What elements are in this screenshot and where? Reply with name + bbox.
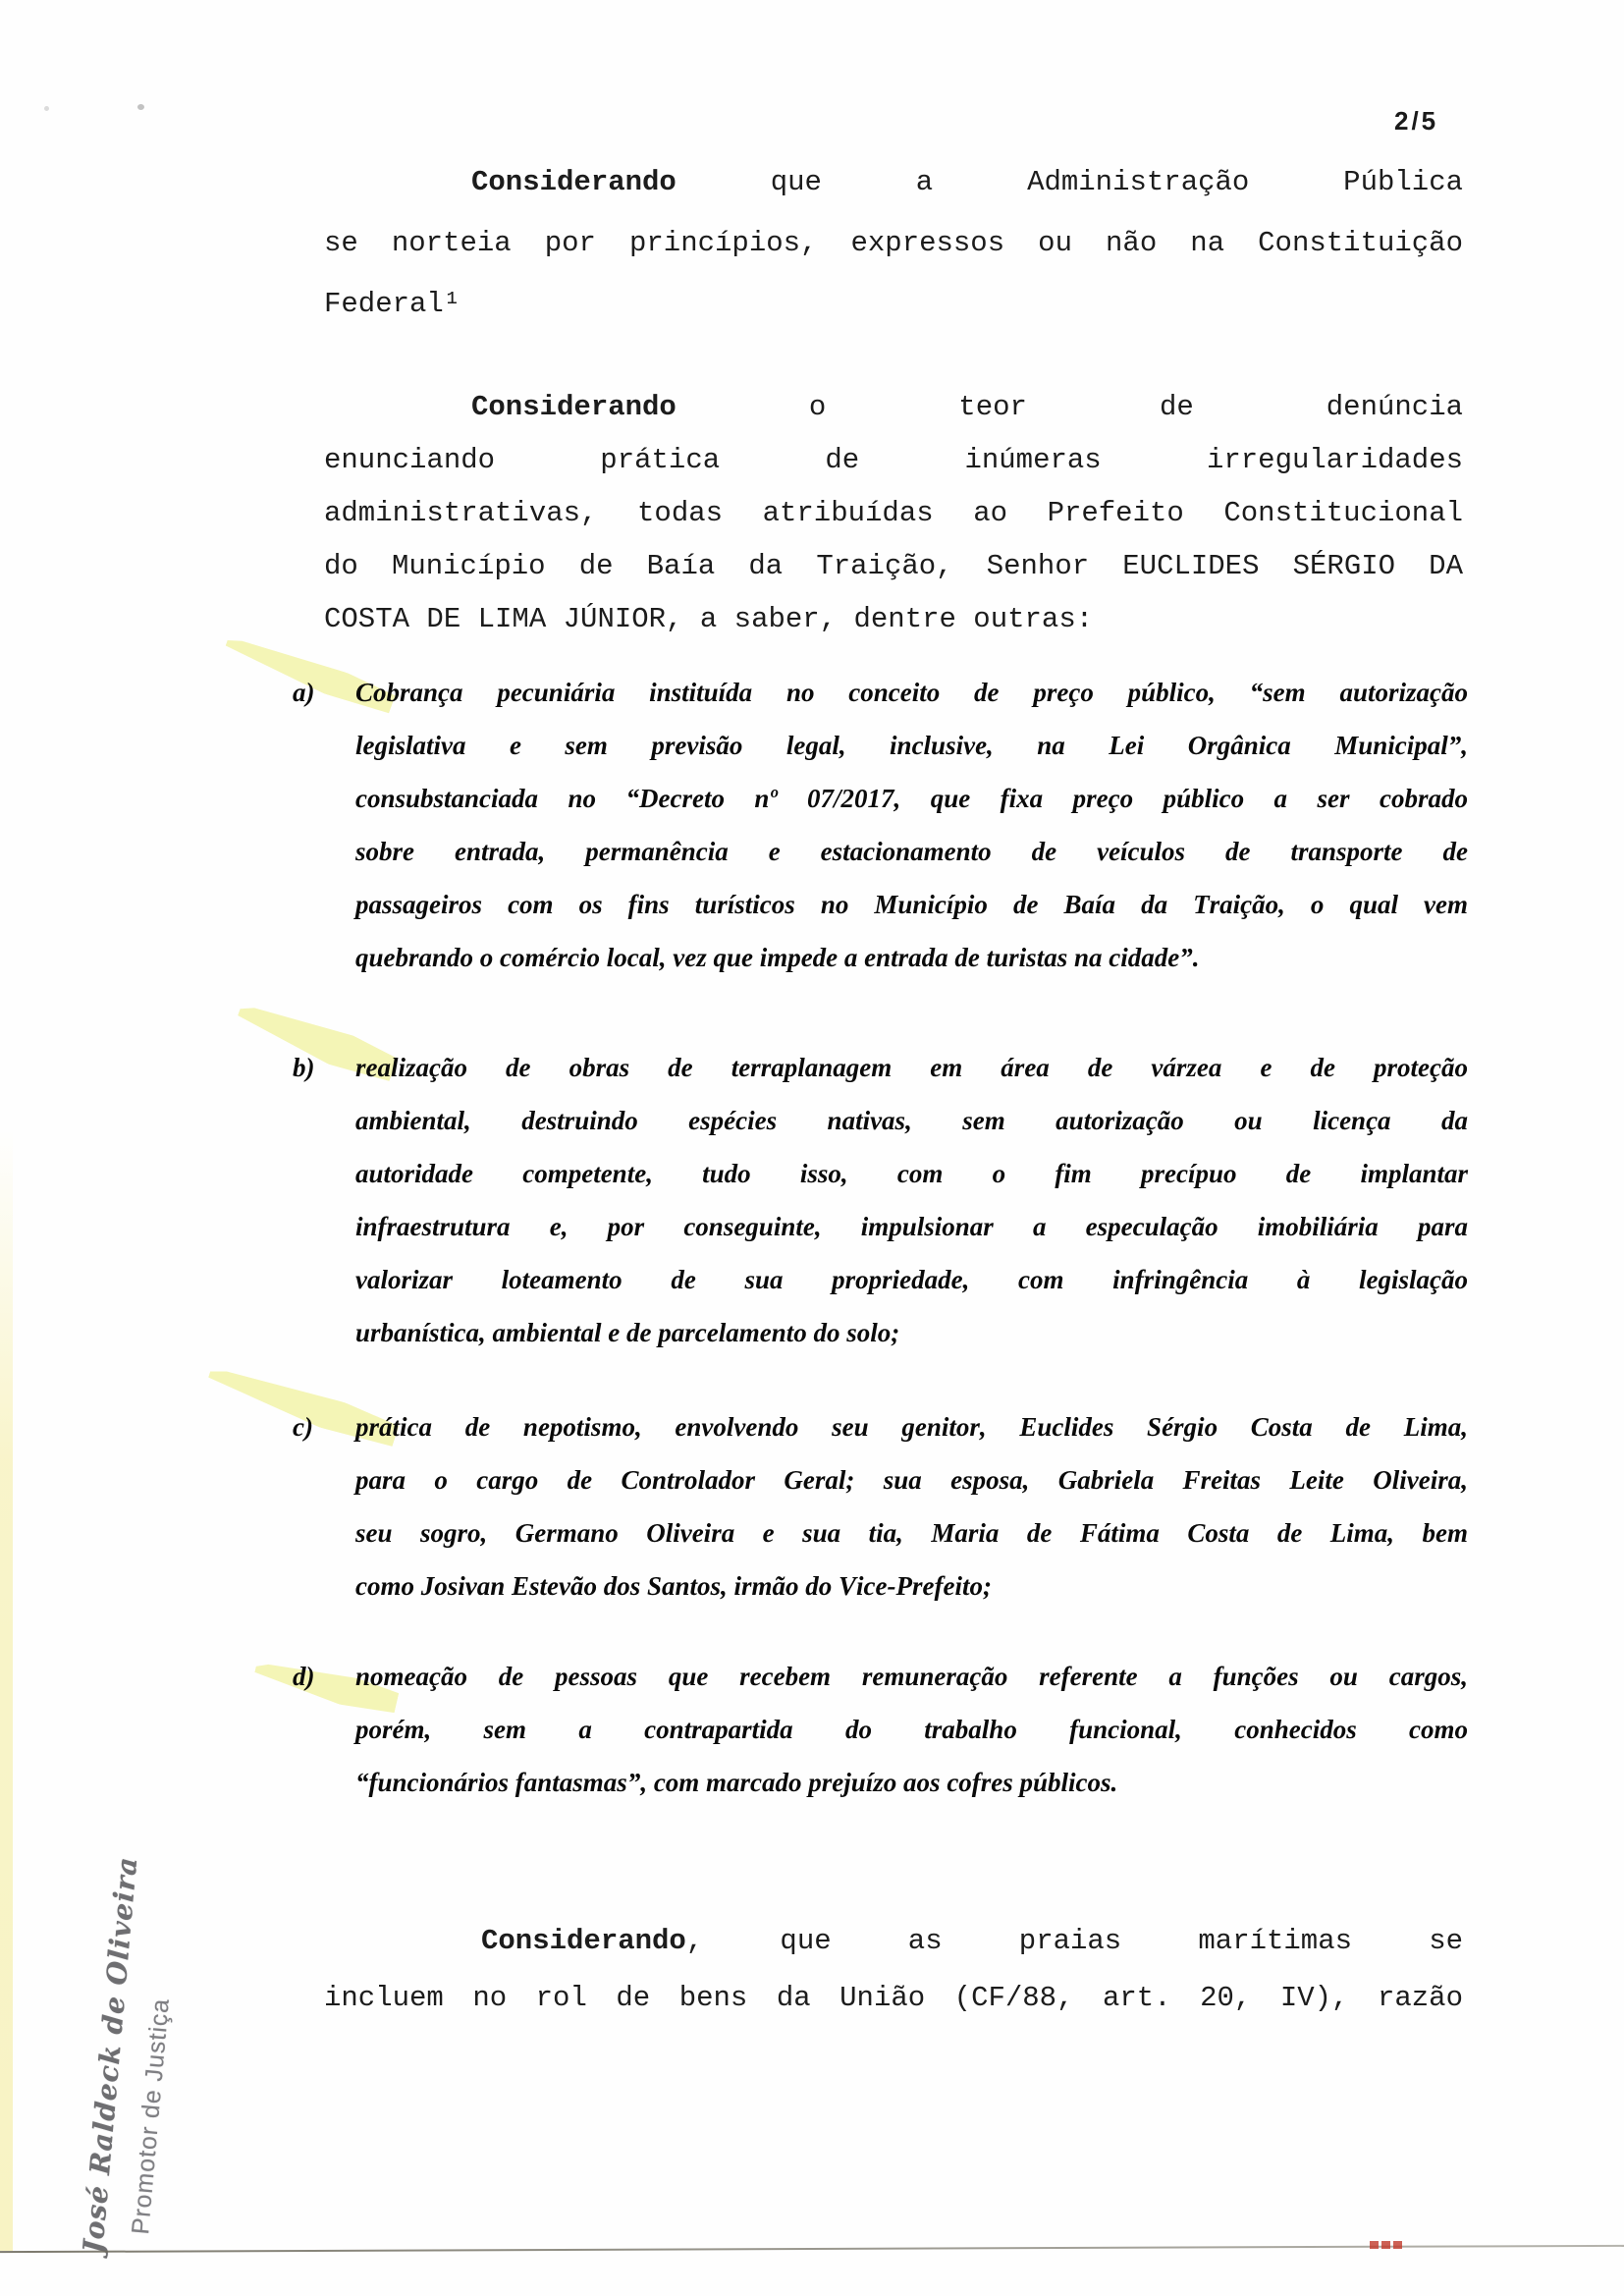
list-item-a: a) Cobrança pecuniária instituída no con… [355,666,1468,984]
scan-speck [137,104,144,110]
text-line: passageiros com os fins turísticos no Mu… [355,878,1468,931]
text-line: se norteia por princípios, expressos ou … [324,213,1463,274]
item-label-d: d) [293,1650,315,1703]
paragraph-considerando-1: Considerando que a Administração Pública… [324,152,1463,335]
text-line: nomeação de pessoas que recebem remunera… [355,1650,1468,1703]
text-line: Cobrança pecuniária instituída no concei… [355,666,1468,719]
scan-edge-yellow-strip [0,1129,13,2251]
text-line: quebrando o comércio local, vez que impe… [355,931,1468,984]
item-label-c: c) [293,1400,313,1453]
text-line: autoridade competente, tudo isso, com o … [355,1147,1468,1200]
text-line: Considerando o teor de denúncia [324,381,1463,434]
item-text-c: prática de nepotismo, envolvendo seu gen… [355,1400,1468,1613]
list-item-c: c) prática de nepotismo, envolvendo seu … [355,1400,1468,1613]
text-line: administrativas, todas atribuídas ao Pre… [324,487,1463,540]
text-line: ambiental, destruindo espécies nativas, … [355,1094,1468,1147]
text-line: COSTA DE LIMA JÚNIOR, a saber, dentre ou… [324,593,1463,646]
page-number: 2/5 [1394,106,1438,137]
text-line: urbanística, ambiental e de parcelamento… [355,1306,1468,1359]
text-line: “funcionários fantasmas”, com marcado pr… [355,1756,1468,1809]
text-line: Considerando que a Administração Pública [324,152,1463,213]
red-mark [1370,2241,1379,2249]
text-line: infraestrutura e, por conseguinte, impul… [355,1200,1468,1253]
text-line: seu sogro, Germano Oliveira e sua tia, M… [355,1506,1468,1559]
paragraph-considerando-2: Considerando o teor de denúnciaenunciand… [324,381,1463,646]
scan-speck [44,106,49,111]
red-scan-marks [1370,2241,1402,2249]
text-line: enunciando prática de inúmeras irregular… [324,434,1463,487]
text-line: legislativa e sem previsão legal, inclus… [355,719,1468,772]
item-text-d: nomeação de pessoas que recebem remunera… [355,1650,1468,1809]
text-line: para o cargo de Controlador Geral; sua e… [355,1453,1468,1506]
text-line: como Josivan Estevão dos Santos, irmão d… [355,1559,1468,1613]
document-page: 2/5 Considerando que a Administração Púb… [0,0,1624,2296]
red-mark [1393,2241,1402,2249]
text-line: Federal¹ [324,274,1463,335]
item-label-b: b) [293,1041,315,1094]
signature-stamp-title: Promotor de Justiça [125,1978,177,2254]
text-line: prática de nepotismo, envolvendo seu gen… [355,1400,1468,1453]
item-label-a: a) [293,666,315,719]
text-line: sobre entrada, permanência e estacioname… [355,825,1468,878]
text-line: consubstanciada no “Decreto nº 07/2017, … [355,772,1468,825]
text-line: valorizar loteamento de sua propriedade,… [355,1253,1468,1306]
list-item-b: b) realização de obras de terraplanagem … [355,1041,1468,1359]
list-item-d: d) nomeação de pessoas que recebem remun… [355,1650,1468,1809]
item-text-b: realização de obras de terraplanagem em … [355,1041,1468,1359]
text-line: do Município de Baía da Traição, Senhor … [324,540,1463,593]
text-line: Considerando, que as praias marítimas se [324,1913,1463,1970]
item-text-a: Cobrança pecuniária instituída no concei… [355,666,1468,984]
text-line: porém, sem a contrapartida do trabalho f… [355,1703,1468,1756]
paragraph-considerando-3: Considerando, que as praias marítimas se… [324,1913,1463,2027]
text-line: incluem no rol de bens da União (CF/88, … [324,1970,1463,2027]
red-mark [1381,2241,1390,2249]
text-line: realização de obras de terraplanagem em … [355,1041,1468,1094]
